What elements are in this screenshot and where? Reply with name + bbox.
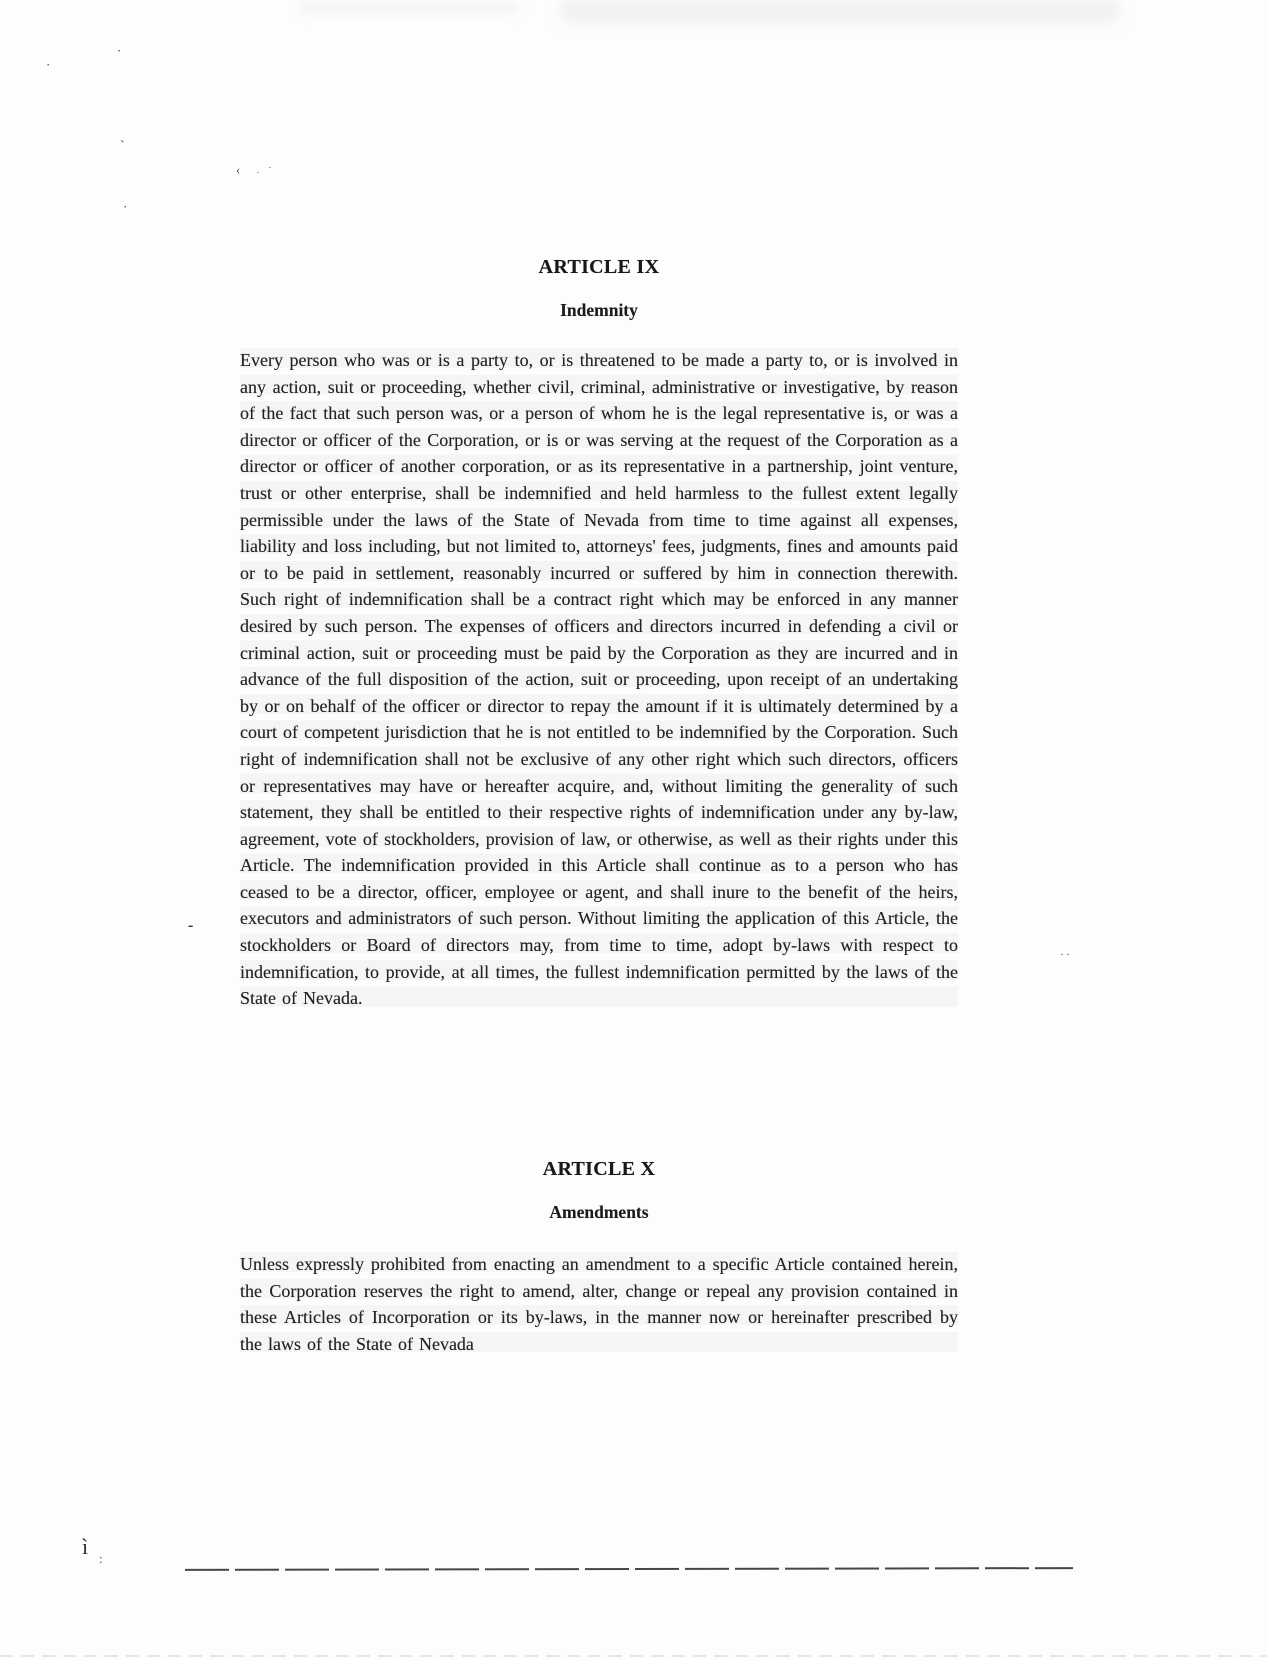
article-ix-section: ARTICLE IX Indemnity Every person who wa…	[240, 256, 958, 1012]
scan-speck: ‹	[236, 163, 240, 176]
scan-smudge	[560, 0, 1120, 22]
article-x-subheading: Amendments	[240, 1202, 958, 1223]
bottom-dashed-line	[185, 1567, 1073, 1571]
article-ix-subheading: Indemnity	[240, 300, 958, 321]
scan-speck: ·	[46, 58, 50, 71]
scan-speck: ·	[256, 168, 260, 179]
margin-dash-mark: -	[188, 918, 193, 934]
margin-dots-mark: ··	[1060, 948, 1072, 960]
scan-speck: `	[120, 140, 125, 154]
scan-speck: ·	[123, 200, 127, 213]
article-ix-heading: ARTICLE IX	[240, 256, 958, 279]
scan-smudge	[300, 2, 520, 14]
article-ix-body-paragraph: Every person who was or is a party to, o…	[240, 347, 958, 1012]
corner-stray-mark: ì	[82, 1536, 88, 1558]
article-x-body-paragraph: Unless expressly prohibited from enactin…	[240, 1251, 958, 1357]
scan-speck: ·	[268, 163, 272, 174]
scan-speck: ·	[117, 44, 121, 57]
scan-edge-artifact	[0, 1655, 1267, 1657]
corner-stray-mark: :	[99, 1552, 103, 1565]
article-x-section: ARTICLE X Amendments Unless expressly pr…	[240, 1158, 958, 1357]
scanned-document-page: ARTICLE IX Indemnity Every person who wa…	[0, 0, 1267, 1659]
article-x-heading: ARTICLE X	[240, 1158, 958, 1181]
